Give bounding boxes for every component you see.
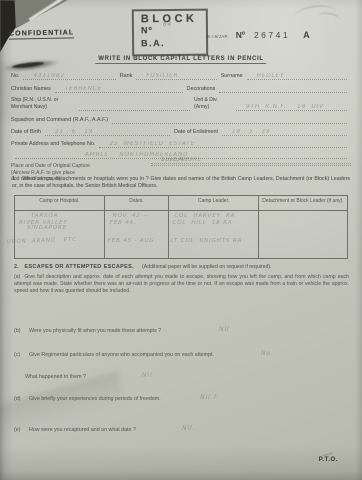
dates-entry-3: FEB 45 - AUG <box>108 238 155 244</box>
question-2d-label: (d) <box>14 396 25 402</box>
row-squadron: Squadron and Command (R.A.F., A.A.F.) <box>11 111 351 124</box>
capture-label-line1: Place and Date of Original Capture <box>11 163 147 170</box>
question-2e: (e)How were you recaptured and on what d… <box>14 427 350 433</box>
escapes-number: 2. <box>14 264 19 270</box>
address-handwriting-line1: 25 WESTFIELD ESTATE <box>109 141 195 147</box>
address-field-line1: 25 WESTFIELD ESTATE <box>99 139 347 148</box>
no-field: 4311982 <box>23 71 115 80</box>
enlistment-field: 18 . 5 . 39 <box>222 127 347 136</box>
row-christian-decorations: Christian Names TERRENCE Decorations <box>11 80 351 93</box>
christian-names-field: TERRENCE <box>55 84 183 93</box>
capture-date-handwriting: 15/2/42 <box>161 157 189 163</box>
enlistment-handwriting: 18 . 5 . 39 <box>232 129 270 135</box>
dates-entry-1: NOV. 42 — <box>113 213 150 219</box>
pencil-scribble <box>317 11 341 26</box>
stamp-ba-label: B.A. <box>141 38 206 49</box>
rank-label: Rank <box>120 73 133 80</box>
escapes-title: ESCAPES OR ATTEMPTED ESCAPES. <box>25 264 135 270</box>
question-2a: (a)Give full description and approx. dat… <box>14 274 349 295</box>
no-handwriting: 4311982 <box>33 73 64 79</box>
squadron-label: Squadron and Command (R.A.F., A.A.F.) <box>11 117 108 124</box>
row-ship-unit: Ship (R.N., U.S.N. or Merchant Navy) Uni… <box>11 93 351 111</box>
question-2c-followup-text: What happened to them ? <box>25 374 86 380</box>
stamp-no-label: Nº <box>141 25 153 35</box>
ref-number: 26741 <box>254 30 290 40</box>
question-2d: (d)Give briefly your experiences during … <box>14 396 350 402</box>
ref-series-label: M.I.9/JAP. <box>206 34 229 39</box>
squadron-field <box>112 115 347 124</box>
row-dob-enlistment: Date of Birth 21 . 6 . 19 Date of Enlist… <box>11 124 351 136</box>
unit-div-label: Unit & Div. (Army) <box>194 97 232 111</box>
camps-header-camp: Camp or Hospital. <box>15 196 105 211</box>
leader-entry-2: COL HILL 18 RA <box>172 220 232 226</box>
capture-field-line2 <box>151 165 351 166</box>
question-2c-answer: No <box>261 350 271 357</box>
camps-col-camp: TARSOA RIVER VALLEY SINGAPORE UBON ARANG… <box>15 211 105 258</box>
camp-entry-1: TARSOA <box>31 213 58 219</box>
form-instruction-heading: WRITE IN BLOCK CAPITAL LETTERS IN PENCIL <box>95 56 266 64</box>
question-2d-text: Give briefly your experiences during per… <box>29 396 161 402</box>
christian-names-handwriting: TERRENCE <box>65 86 102 92</box>
ship-field <box>79 102 190 111</box>
unit-div-field: 9TH R.N.F. 18 DIV <box>236 102 347 111</box>
rank-handwriting: FUSILIER <box>146 73 178 79</box>
question-1-text: What camps, detachments or hospitals wer… <box>12 176 350 189</box>
dates-entry-2: FEB 44. <box>110 220 137 226</box>
dob-label: Date of Birth <box>11 129 41 136</box>
pto-label: P.T.O. <box>319 456 338 463</box>
camps-header-dates: Dates. <box>105 196 170 211</box>
address-label: Private Address and Telephone No. <box>11 141 95 148</box>
question-2b-text: Were you physically fit when you made th… <box>29 328 161 334</box>
question-2e-text: How were you recaptured and on what date… <box>29 427 136 433</box>
camps-col-dates: NOV. 42 — FEB 44. FEB 45 - AUG <box>105 211 170 258</box>
escapes-heading: 2. ESCAPES OR ATTEMPTED ESCAPES. (Additi… <box>14 264 354 270</box>
surname-field: HEDLEY <box>247 71 347 80</box>
leader-entry-3: LT COL KNIGHTS RA <box>170 238 242 244</box>
question-2c: (c)Give Regimental particulars of anyone… <box>14 352 350 358</box>
capture-fields: SINGAPORE 15/2/42 <box>147 163 351 167</box>
rank-field: FUSILIER <box>136 71 216 80</box>
row-no-rank-surname: No. 4311982 Rank FUSILIER Surname HEDLEY <box>11 68 351 80</box>
question-2a-label: (a) <box>14 274 20 280</box>
question-2e-label: (e) <box>14 427 25 433</box>
identity-section: No. 4311982 Rank FUSILIER Surname HEDLEY… <box>11 68 351 183</box>
no-label: No. <box>11 73 19 80</box>
stamp-handwritten-number: 64 <box>163 22 172 28</box>
capture-field-line1: SINGAPORE 15/2/42 <box>151 163 351 164</box>
ref-grade-letter: A <box>303 30 310 40</box>
confidential-marking: CONFIDENTIAL <box>9 29 74 39</box>
stamp-no-line: Nº 64 <box>141 25 206 39</box>
block-number-stamp: BLOCK Nº 64 B.A. <box>132 9 208 57</box>
camps-col-block-leader <box>259 211 347 258</box>
escapes-note: (Additional paper will be supplied on re… <box>142 264 271 270</box>
surname-handwriting: HEDLEY <box>257 73 285 79</box>
question-1-number: 1. <box>12 176 16 182</box>
unit-div-handwriting: 9TH R.N.F. 18 DIV <box>246 104 324 110</box>
christian-names-label: Christian Names <box>11 86 51 93</box>
camps-col-leader: COL HARVEY RA COL HILL 18 RA LT COL KNIG… <box>169 211 259 258</box>
ship-label: Ship (R.N., U.S.N. or Merchant Navy) <box>11 97 75 111</box>
camps-header-leader: Camp Leader. <box>169 196 259 211</box>
question-2b-label: (b) <box>14 328 25 334</box>
reference-number-line: M.I.9/JAP. Nº 26741 A <box>206 30 310 40</box>
camps-table: Camp or Hospital. Dates. Camp Leader. De… <box>14 195 348 259</box>
question-2e-answer: Nil. <box>182 425 195 432</box>
question-2c-text: Give Regimental particulars of anyone wh… <box>29 352 214 358</box>
camp-entry-2b: SINGAPORE <box>27 225 67 231</box>
question-2c-followup-answer: Nil <box>142 372 152 379</box>
leader-entry-1: COL HARVEY RA <box>174 213 235 219</box>
question-2d-answer: Nil ? <box>200 394 217 401</box>
dob-field: 21 . 6 . 19 <box>45 127 170 136</box>
pencil-tick <box>321 448 332 456</box>
camps-header-block-leader: Detachment or Block Leader (if any). <box>259 196 347 211</box>
enlistment-label: Date of Enlistment <box>174 129 218 136</box>
ref-no-label: Nº <box>236 30 245 40</box>
scanned-questionnaire-page: CONFIDENTIAL BLOCK Nº 64 B.A. M.I.9/JAP.… <box>0 0 362 480</box>
question-2c-label: (c) <box>14 352 25 358</box>
dob-handwriting: 21 . 6 . 19 <box>55 129 93 135</box>
surname-label: Surname <box>221 73 243 80</box>
question-2b: (b)Were you physically fit when you made… <box>14 328 350 334</box>
decorations-label: Decorations <box>187 86 216 93</box>
question-2b-answer: Nil <box>219 326 229 333</box>
question-1: 1.What camps, detachments or hospitals w… <box>12 176 350 190</box>
question-2c-followup: What happened to them ? Nil <box>14 374 350 380</box>
row-address: Private Address and Telephone No. 25 WES… <box>11 136 351 148</box>
question-2a-text: Give full description and approx. date o… <box>14 274 349 294</box>
decorations-field <box>219 84 347 93</box>
stamp-block-word: BLOCK <box>141 13 206 26</box>
camp-entry-3: UBON ARANG ETC <box>7 237 77 245</box>
